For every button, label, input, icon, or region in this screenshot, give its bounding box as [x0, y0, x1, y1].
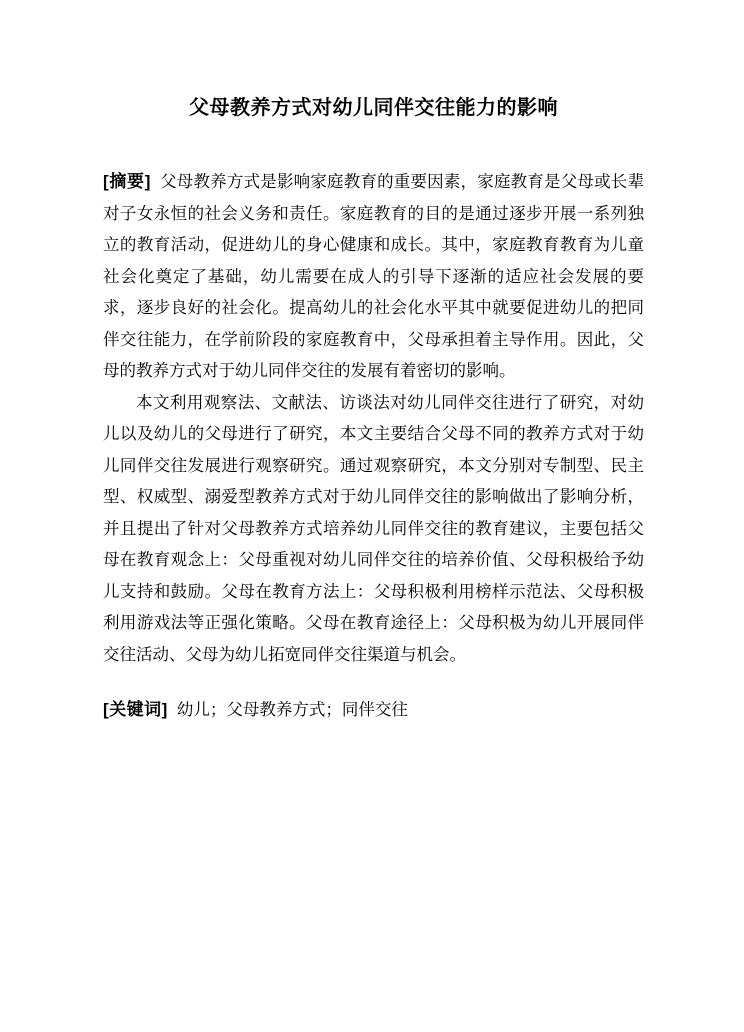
document-page: 父母教养方式对幼儿同伴交往能力的影响 [摘要]父母教养方式是影响家庭教育的重要因… — [0, 0, 744, 1032]
document-title: 父母教养方式对幼儿同伴交往能力的影响 — [103, 95, 644, 121]
abstract-paragraph: [摘要]父母教养方式是影响家庭教育的重要因素，家庭教育是父母或长辈对子女永恒的社… — [103, 166, 644, 387]
abstract-label: [摘要] — [103, 172, 151, 191]
keywords-text: 幼儿；父母教养方式；同伴交往 — [177, 700, 408, 719]
methodology-paragraph: 本文利用观察法、文献法、访谈法对幼儿同伴交往进行了研究，对幼儿以及幼儿的父母进行… — [103, 387, 644, 671]
keywords-line: [关键词]幼儿；父母教养方式；同伴交往 — [103, 694, 644, 726]
abstract-text: 父母教养方式是影响家庭教育的重要因素，家庭教育是父母或长辈对子女永恒的社会义务和… — [103, 172, 644, 380]
keywords-label: [关键词] — [103, 700, 168, 719]
